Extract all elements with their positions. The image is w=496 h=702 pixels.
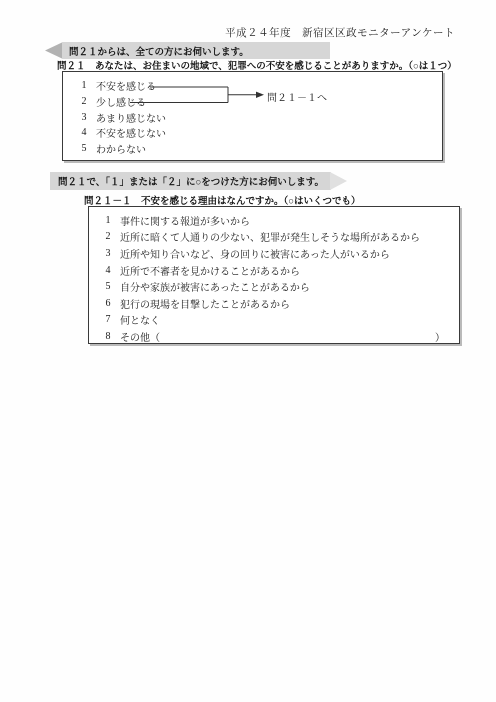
q21-option-row: 3 あまり感じない [63,109,442,125]
option-label: 近所や知り合いなど、身の回りに被害にあった人がいるから [120,246,390,261]
option-number: 4 [102,265,114,276]
option-number: 1 [102,215,114,226]
option-number: 5 [102,281,114,292]
q21-1-option-row: 6 犯行の現場を目撃したことがあるから [89,295,459,312]
instruction-banner-filter-text: 問２１で、「１」または「２」に○をつけた方にお伺いします。 [58,174,324,188]
q21-option-row: 4 不安を感じない [63,125,442,141]
q21-answer-box: 1 不安を感じる 2 少し感じる 3 あまり感じない 4 不安を感じない 5 わ… [62,71,443,161]
option-close-paren: ） [160,329,459,344]
option-label: 近所に暗くて人通りの少ない、犯罪が発生しそうな場所があるから [120,229,420,244]
q21-1-option-row: 4 近所で不審者を見かけることがあるから [89,262,459,279]
q21-1-option-row: 7 何となく [89,312,459,329]
q21-1-option-row: 8 その他（ ） [89,328,459,345]
option-number: 1 [78,80,90,91]
q21-heading: 問２１ あなたは、お住まいの地域で、犯罪への不安を感じることがありますか。（○は… [57,58,457,72]
instruction-banner-filter: 問２１で、「１」または「２」に○をつけた方にお伺いします。 [50,172,347,190]
instruction-banner-all: 問２１からは、全ての方にお伺いします。 [45,42,330,59]
option-number: 6 [102,298,114,309]
option-number: 5 [78,143,90,154]
option-number: 2 [102,231,114,242]
option-label: あまり感じない [96,110,166,125]
option-number: 2 [78,96,90,107]
option-label: その他（ [120,329,160,344]
q21-option-row: 1 不安を感じる [63,78,442,94]
questionnaire-page: 平成２４年度 新宿区区政モニターアンケート 問２１からは、全ての方にお伺いします… [0,0,496,702]
option-label: 何となく [120,312,160,327]
q21-1-answer-box: 1 事件に関する報道が多いから 2 近所に暗くて人通りの少ない、犯罪が発生しそう… [88,206,460,344]
option-number: 3 [102,248,114,259]
option-label: わからない [96,141,146,156]
instruction-banner-all-text: 問２１からは、全ての方にお伺いします。 [69,44,249,58]
option-number: 7 [102,314,114,325]
q21-1-option-row: 1 事件に関する報道が多いから [89,212,459,229]
q21-1-heading: 問２１－１ 不安を感じる理由はなんですか。（○はいくつでも） [84,193,361,207]
option-label: 近所で不審者を見かけることがあるから [120,263,300,278]
right-arrow-icon [330,172,347,190]
option-label: 少し感じる [96,94,146,109]
option-label: 不安を感じる [96,78,156,93]
q21-1-option-row: 2 近所に暗くて人通りの少ない、犯罪が発生しそうな場所があるから [89,229,459,246]
option-number: 4 [78,127,90,138]
option-number: 8 [102,331,114,342]
left-arrow-icon [45,42,63,59]
q21-1-option-row: 5 自分や家族が被害にあったことがあるから [89,278,459,295]
branch-target-label: 問２１－１へ [267,89,327,104]
option-label: 犯行の現場を目撃したことがあるから [120,296,290,311]
option-number: 3 [78,112,90,123]
option-label: 自分や家族が被害にあったことがあるから [120,279,310,294]
option-label: 不安を感じない [96,125,166,140]
option-label: 事件に関する報道が多いから [120,213,250,228]
document-title: 平成２４年度 新宿区区政モニターアンケート [225,25,455,40]
q21-option-row: 5 わからない [63,141,442,157]
q21-1-option-row: 3 近所や知り合いなど、身の回りに被害にあった人がいるから [89,245,459,262]
q21-option-row: 2 少し感じる [63,94,442,110]
